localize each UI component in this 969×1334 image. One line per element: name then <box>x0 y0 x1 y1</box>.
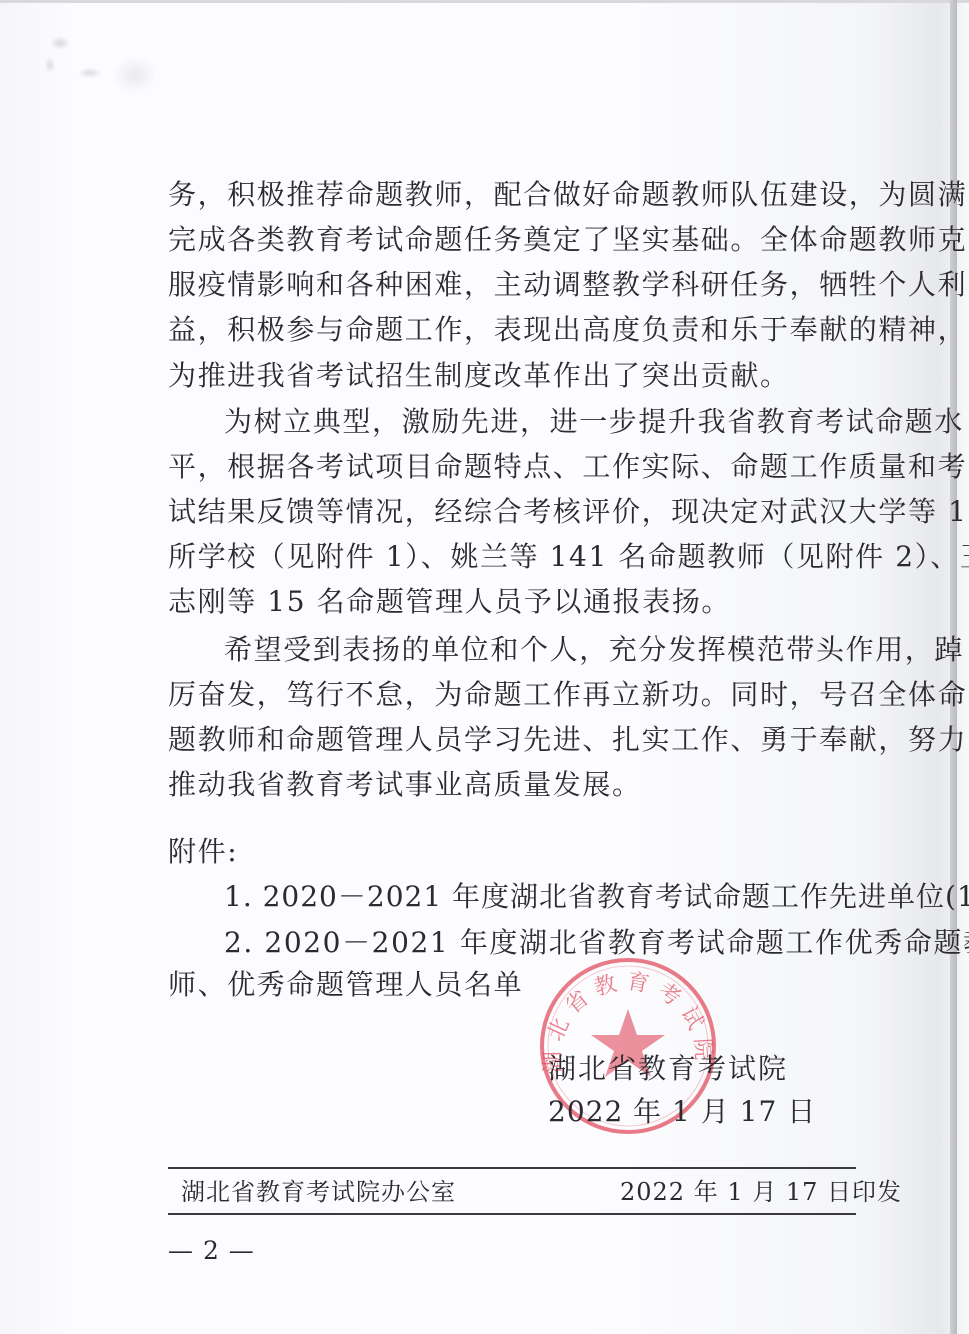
paragraph-line: 推动我省教育考试事业高质量发展。 <box>168 768 858 802</box>
paragraph-line: 平，根据各考试项目命题特点、工作实际、命题工作质量和考 <box>168 450 858 484</box>
paragraph-line: 益，积极参与命题工作，表现出高度负责和乐于奉献的精神， <box>168 313 858 347</box>
paragraph-line: 试结果反馈等情况，经综合考核评价，现决定对武汉大学等 17 <box>168 495 858 529</box>
paragraph-line: 所学校（见附件 1）、姚兰等 141 名命题教师（见附件 2）、王 <box>168 540 858 574</box>
paragraph-line: 希望受到表扬的单位和个人，充分发挥模范带头作用，踔 <box>224 633 914 667</box>
footer-issuer: 湖北省教育考试院办公室 <box>181 1177 456 1207</box>
paragraph-line: 完成各类教育考试命题任务奠定了坚实基础。全体命题教师克 <box>168 223 858 257</box>
signature-date: 2022 年 1 月 17 日 <box>548 1095 816 1129</box>
paragraph-line: 为树立典型，激励先进，进一步提升我省教育考试命题水 <box>224 405 914 439</box>
attachment-item-2-continued: 师、优秀命题管理人员名单 <box>168 968 858 1002</box>
footer-top-rule <box>168 1167 856 1169</box>
scan-smudge <box>35 25 155 105</box>
paragraph-line: 为推进我省考试招生制度改革作出了突出贡献。 <box>168 359 858 393</box>
attachment-item-1: 1. 2020－2021 年度湖北省教育考试命题工作先进单位(17所) <box>224 880 914 914</box>
paragraph-line: 题教师和命题管理人员学习先进、扎实工作、勇于奉献，努力 <box>168 723 858 757</box>
page-number: — 2 — <box>168 1236 255 1266</box>
paragraph-line: 厉奋发，笃行不怠，为命题工作再立新功。同时，号召全体命 <box>168 678 858 712</box>
paragraph-line: 务，积极推荐命题教师，配合做好命题教师队伍建设，为圆满 <box>168 178 858 212</box>
attachments-label: 附件: <box>168 835 858 869</box>
signature-organization: 湖北省教育考试院 <box>548 1052 788 1086</box>
footer-bottom-rule <box>168 1213 856 1215</box>
paragraph-line: 志刚等 15 名命题管理人员予以通报表扬。 <box>168 585 858 619</box>
paragraph-line: 服疫情影响和各种困难，主动调整教学科研任务，牺牲个人利 <box>168 268 858 302</box>
scan-top-edge <box>0 0 969 3</box>
footer-issue-date: 2022 年 1 月 17 日印发 <box>620 1177 902 1207</box>
